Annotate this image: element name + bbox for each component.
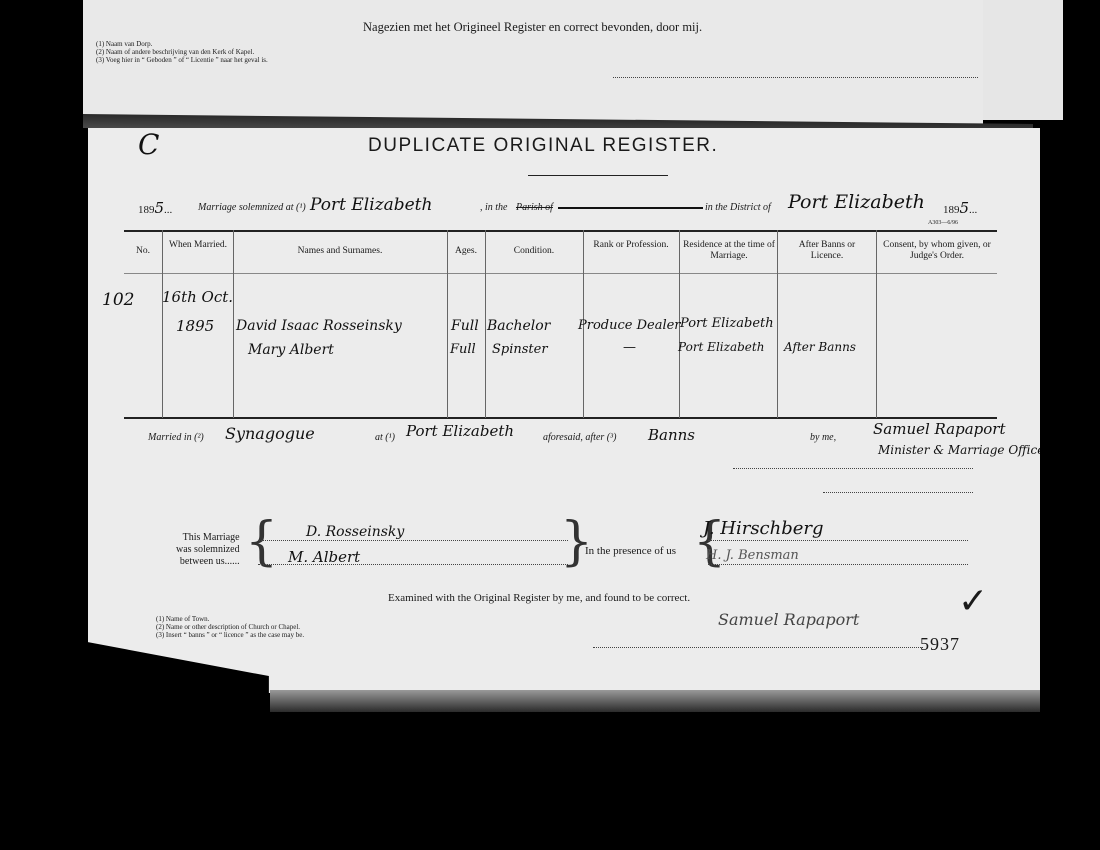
header-residence: Residence at the time of Marriage. bbox=[681, 240, 777, 262]
district-label: in the District of bbox=[705, 202, 771, 213]
witness-1-line bbox=[708, 540, 968, 541]
page-mark: C bbox=[138, 128, 159, 161]
witness-2-signature: H. J. Bensman bbox=[706, 548, 799, 563]
groom-residence: Port Elizabeth bbox=[680, 316, 774, 331]
year-left: 1895... bbox=[138, 199, 172, 217]
entry-date-day: 16th Oct. bbox=[162, 288, 233, 306]
officiant-title: Minister & Marriage Officer bbox=[878, 443, 1050, 457]
officiant-name: Samuel Rapaport bbox=[873, 420, 1006, 438]
footnote-3: (3) Insert “ banns ” or “ licence ” as t… bbox=[156, 631, 304, 639]
parish-strike-line bbox=[558, 207, 703, 209]
page-extension bbox=[983, 0, 1063, 120]
dutch-footnote-1: (1) Naam van Dorp. bbox=[96, 40, 268, 48]
bride-age: Full bbox=[450, 342, 476, 357]
party-1-line bbox=[258, 540, 568, 541]
table-bottom-rule bbox=[124, 417, 997, 419]
examiner-line bbox=[593, 647, 923, 648]
column-divider bbox=[162, 230, 163, 418]
dutch-footnotes: (1) Naam van Dorp. (2) Naam of andere be… bbox=[96, 40, 268, 64]
form-code: A303—6/96 bbox=[928, 220, 958, 226]
reference-number: 5937 bbox=[920, 634, 960, 655]
header-no: No. bbox=[124, 246, 162, 257]
column-divider bbox=[777, 230, 778, 418]
aforesaid-value: Banns bbox=[648, 426, 695, 444]
bride-profession: — bbox=[623, 340, 636, 355]
header-rank: Rank or Profession. bbox=[593, 240, 669, 251]
presence-label: In the presence of us bbox=[585, 545, 676, 557]
groom-name: David Isaac Rosseinsky bbox=[236, 318, 402, 334]
year-right: 1895... bbox=[943, 199, 977, 217]
examined-text: Examined with the Original Register by m… bbox=[388, 592, 690, 604]
officiant-line-2 bbox=[823, 492, 973, 493]
column-divider bbox=[485, 230, 486, 418]
title-rule bbox=[528, 175, 668, 176]
at-value: Port Elizabeth bbox=[406, 422, 514, 440]
header-names: Names and Surnames. bbox=[233, 246, 447, 257]
column-divider bbox=[233, 230, 234, 418]
column-divider bbox=[447, 230, 448, 418]
header-when-married: When Married. bbox=[168, 240, 228, 251]
bride-name: Mary Albert bbox=[248, 342, 334, 358]
header-consent: Consent, by whom given, or Judge's Order… bbox=[878, 240, 996, 262]
parish-label: , in the bbox=[480, 202, 508, 213]
footnote-2: (2) Name or other description of Church … bbox=[156, 623, 304, 631]
bride-residence: Port Elizabeth bbox=[678, 340, 764, 354]
column-divider bbox=[876, 230, 877, 418]
header-condition: Condition. bbox=[485, 246, 583, 257]
header-ages: Ages. bbox=[447, 246, 485, 257]
aforesaid-label: aforesaid, after (³) bbox=[543, 432, 616, 443]
marriage-solemnized-label: Marriage solemnized at (¹) bbox=[198, 202, 306, 213]
witness-1-signature: J. Hirschberg bbox=[703, 518, 824, 539]
register-page: C DUPLICATE ORIGINAL REGISTER. 1895... M… bbox=[88, 128, 1040, 693]
dutch-footnote-3: (3) Voeg hier in “ Geboden ” of “ Licent… bbox=[96, 56, 268, 64]
dutch-examined-text: Nagezien met het Origineel Register en c… bbox=[363, 20, 702, 35]
parish-struck: Parish of bbox=[516, 202, 553, 213]
married-in-label: Married in (²) bbox=[148, 432, 204, 443]
entry-date-year: 1895 bbox=[176, 317, 214, 335]
marriage-place: Port Elizabeth bbox=[310, 195, 432, 215]
previous-page: Nagezien met het Origineel Register en c… bbox=[83, 0, 983, 128]
page-stack-edge bbox=[270, 690, 1040, 712]
witness-2-line bbox=[708, 564, 968, 565]
married-in-value: Synagogue bbox=[225, 424, 315, 443]
at-label: at (¹) bbox=[375, 432, 395, 443]
left-brace-open: { bbox=[245, 516, 278, 568]
check-mark-icon: ✓ bbox=[958, 581, 988, 622]
footnote-1: (1) Name of Town. bbox=[156, 615, 304, 623]
dutch-signature-line bbox=[613, 77, 978, 78]
bride-banns: After Banns bbox=[784, 340, 856, 354]
groom-age: Full bbox=[451, 318, 479, 334]
examiner-signature: Samuel Rapaport bbox=[718, 610, 859, 629]
by-me-label: by me, bbox=[810, 432, 836, 443]
groom-condition: Bachelor bbox=[487, 318, 550, 334]
party-2-signature: M. Albert bbox=[288, 548, 360, 566]
groom-profession: Produce Dealer bbox=[578, 318, 681, 333]
header-banns: After Banns or Licence. bbox=[788, 240, 866, 262]
entry-number: 102 bbox=[102, 290, 134, 310]
bride-condition: Spinster bbox=[492, 342, 548, 357]
table-top-rule bbox=[124, 230, 997, 232]
solemnized-label: This Marriage was solemnized between us.… bbox=[176, 532, 240, 568]
table-header-rule bbox=[124, 273, 997, 274]
dutch-footnote-2: (2) Naam of andere beschrijving van den … bbox=[96, 48, 268, 56]
page-title: DUPLICATE ORIGINAL REGISTER. bbox=[368, 135, 718, 157]
district-value: Port Elizabeth bbox=[788, 191, 925, 213]
footer-footnotes: (1) Name of Town. (2) Name or other desc… bbox=[156, 615, 304, 639]
party-1-signature: D. Rosseinsky bbox=[306, 524, 404, 540]
officiant-line-1 bbox=[733, 468, 973, 469]
left-brace-close: } bbox=[560, 516, 593, 568]
